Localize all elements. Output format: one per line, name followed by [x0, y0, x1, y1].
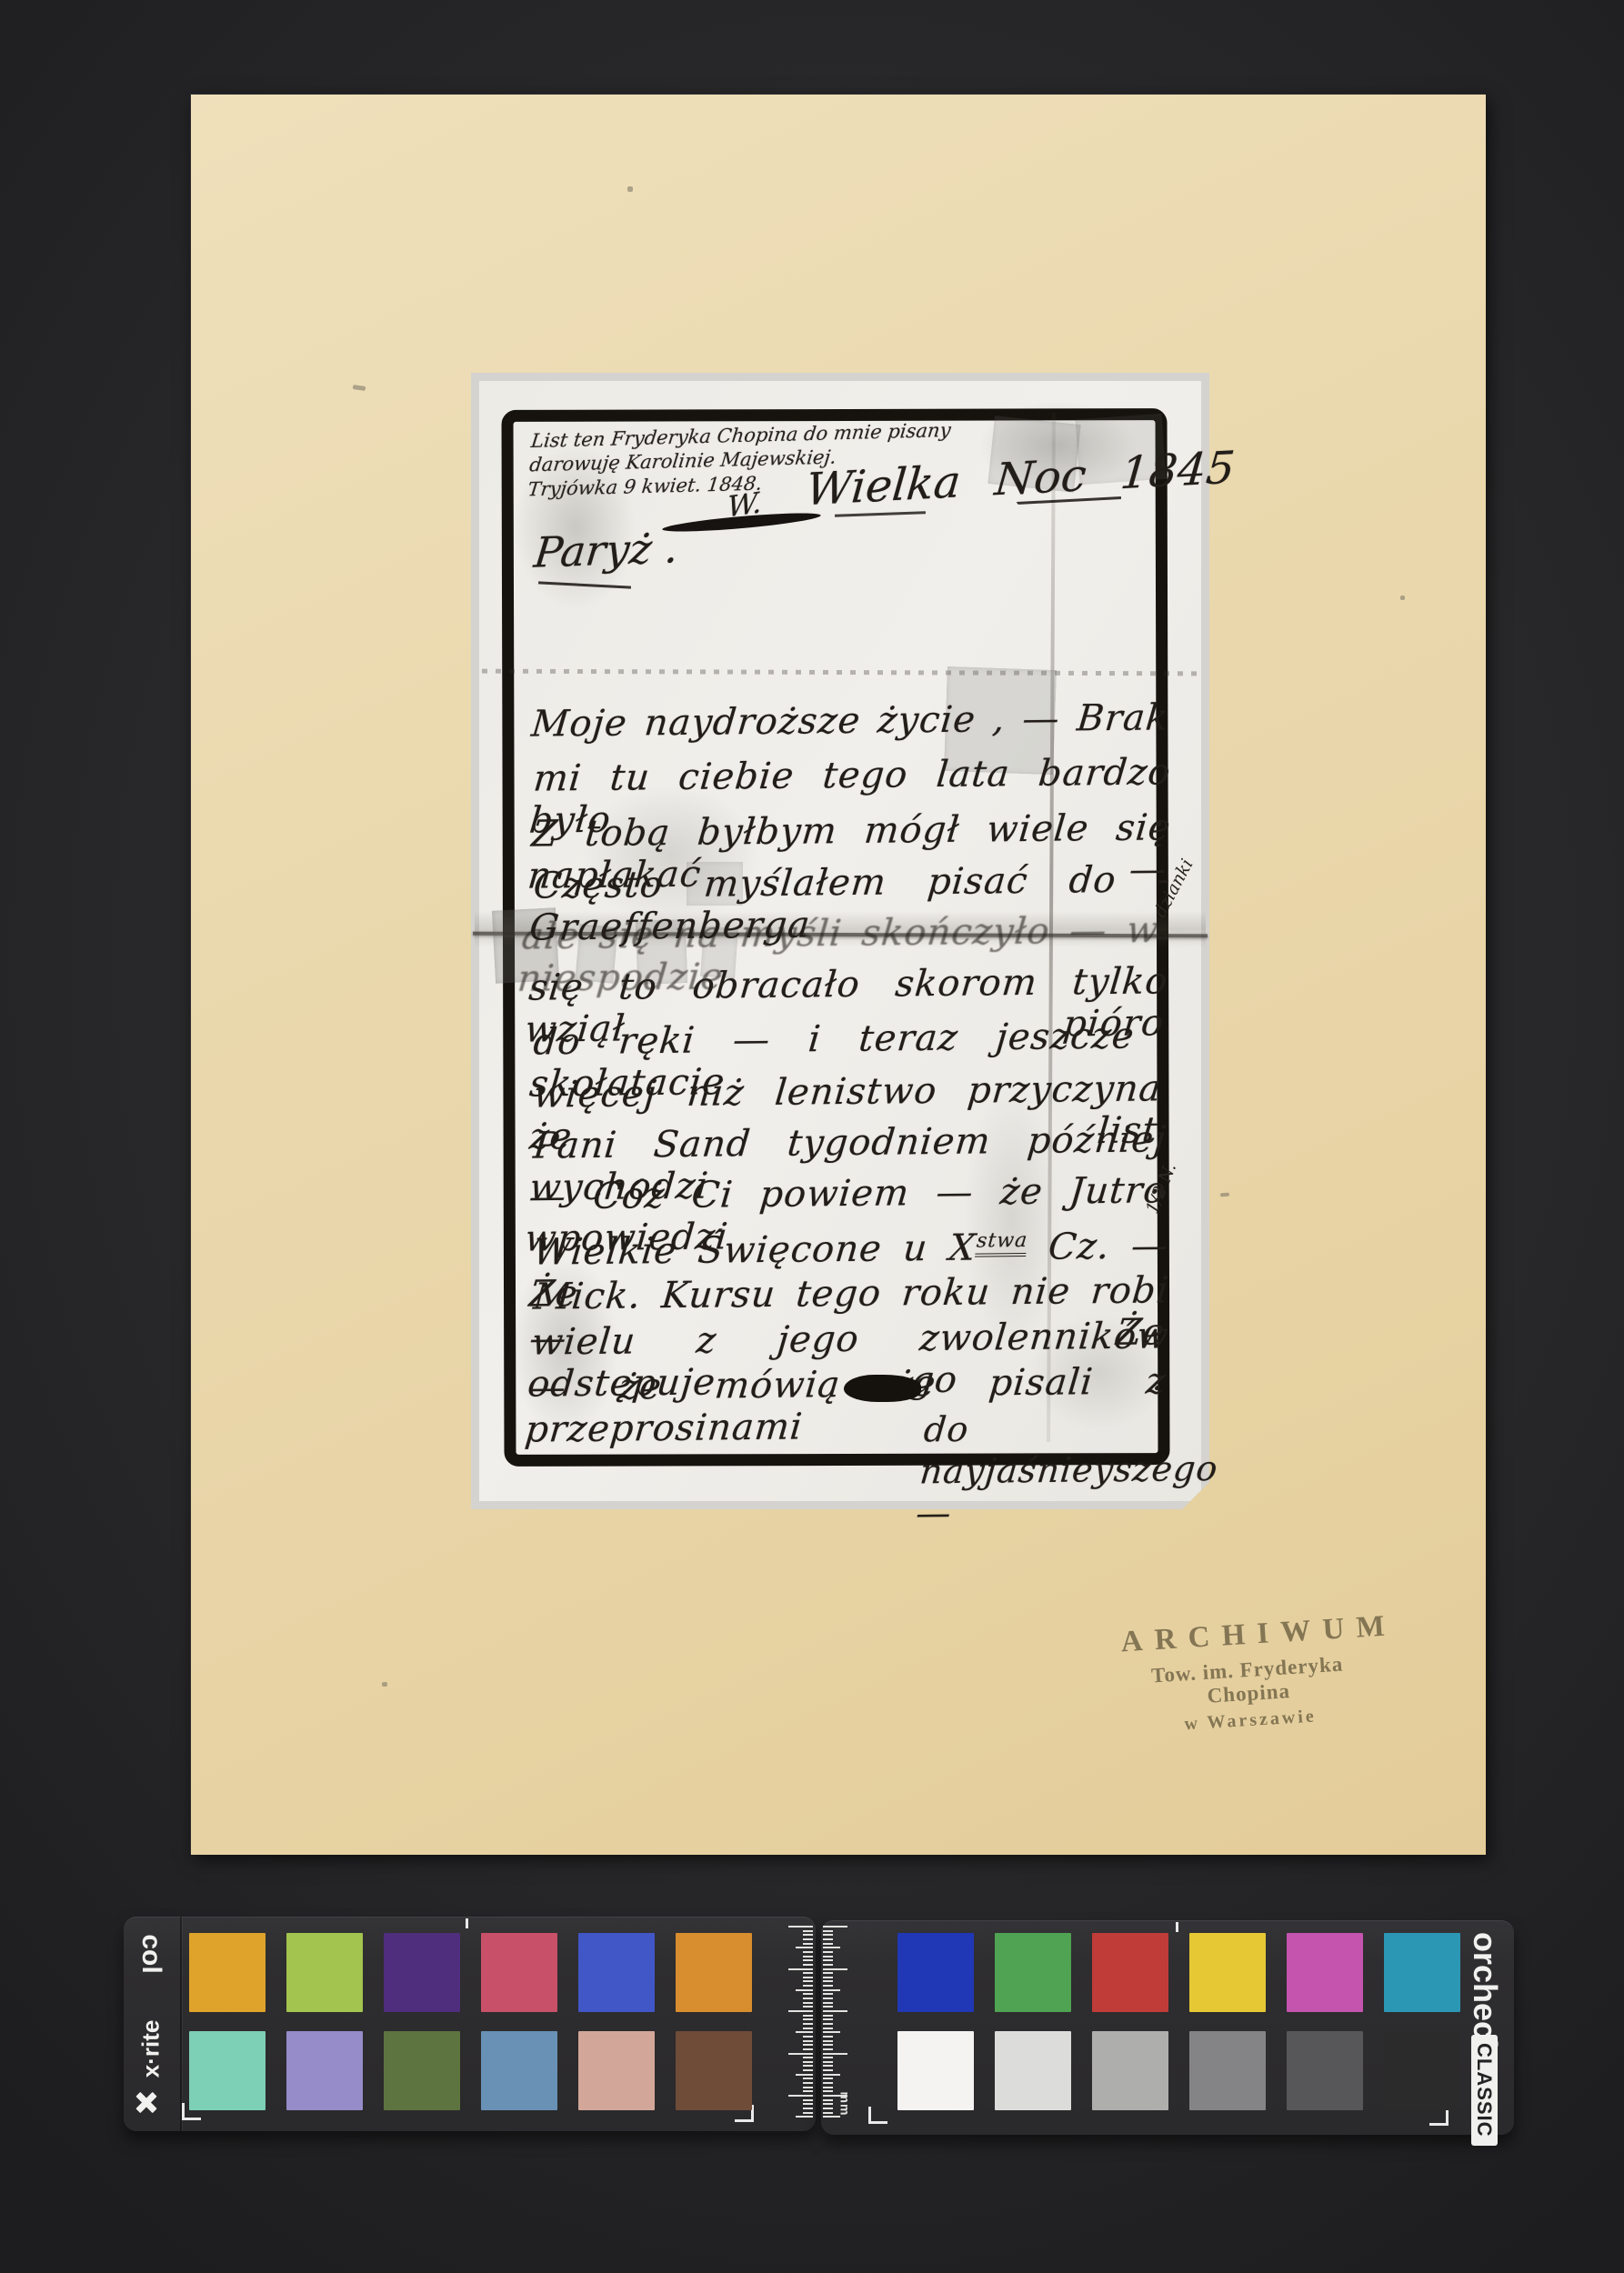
ink-blot: [844, 1375, 921, 1402]
color-patch: [897, 1933, 974, 2012]
ruler-tick: [823, 2048, 833, 2050]
color-patch: [897, 2031, 974, 2110]
ruler-tick: [823, 2087, 833, 2088]
ruler-tick: [803, 2040, 813, 2042]
ruler-tick: [803, 2108, 813, 2109]
ruler-tick: [803, 2023, 813, 2025]
ruler-tick: [796, 2116, 813, 2118]
ruler-tick: [823, 1956, 833, 1958]
color-patch: [995, 2031, 1071, 2110]
ruler-tick: [803, 2057, 813, 2058]
ruler-tick: [803, 1977, 813, 1978]
ruler-tick: [823, 1930, 833, 1932]
ruler-tick: [803, 1993, 813, 1995]
ruler-tick: [803, 2112, 813, 2114]
ruler-tick: [803, 1930, 813, 1932]
ruler-tick: [823, 2116, 840, 2118]
colorchecker-right-patches: [897, 1933, 1460, 2110]
ruler-tick: [796, 1947, 813, 1948]
registration-tick: [466, 1918, 468, 1928]
ruler-tick: [803, 1964, 813, 1966]
ruler-tick: [823, 1964, 833, 1966]
ruler-tick: [823, 1989, 840, 1991]
color-patch: [1092, 1933, 1168, 2012]
ruler-tick: [803, 1985, 813, 1987]
ruler-tick: [823, 2112, 833, 2114]
ruler-tick: [823, 1951, 833, 1953]
ruler-tick: [823, 2061, 833, 2063]
ruler-tick: [788, 1926, 813, 1928]
color-patch: [481, 1933, 557, 2012]
color-patch: [1189, 1933, 1266, 2012]
ruler-tick: [803, 2065, 813, 2067]
registration-corner-mark: [1429, 2108, 1449, 2126]
ruler-tick: [823, 2090, 833, 2092]
ruler-tick: [803, 1972, 813, 1974]
ruler-tick: [803, 1951, 813, 1953]
ruler-tick: [823, 2074, 840, 2076]
ruler-tick: [823, 2023, 833, 2025]
ruler-tick: [803, 2048, 813, 2050]
ruler-tick: [823, 2108, 833, 2109]
color-patch: [286, 1933, 363, 2012]
color-patch: [189, 2031, 266, 2110]
ruler-tick: [803, 2028, 813, 2029]
easter-line-a: Wielkie Święcone u X: [531, 1227, 977, 1274]
mat-speck: [382, 1682, 387, 1687]
ruler-tick: [803, 2061, 813, 2063]
ruler-tick: [823, 1934, 833, 1936]
ruler-tick: [796, 2074, 813, 2076]
ruler-tick: [823, 1980, 833, 1982]
ruler-tick: [823, 2069, 833, 2071]
ruler-tick: [823, 2031, 840, 2033]
ruler-tick: [823, 1926, 847, 1928]
ruler-tick: [803, 1980, 813, 1982]
color-patch: [676, 1933, 752, 2012]
ruler-tick: [823, 1985, 833, 1987]
mat-speck: [627, 186, 633, 192]
color-patch: [1287, 1933, 1363, 2012]
letter-closing-line: do nayjaśnieyszego —: [914, 1407, 1173, 1535]
color-patch: [286, 2031, 363, 2110]
color-patch: [1384, 2031, 1460, 2110]
ruler-tick: [823, 1972, 833, 1974]
color-patch: [1189, 2031, 1266, 2110]
ruler-tick: [823, 2006, 833, 2008]
colorchecker-left-patches: [189, 1933, 752, 2110]
ruler-tick: [823, 1968, 847, 1970]
ruler-tick: [823, 2099, 833, 2101]
colorchecker-flap-fold: [180, 1917, 182, 2131]
colorchecker-logo-left-text: col: [135, 1927, 166, 1981]
color-patch: [1092, 2031, 1168, 2110]
color-patch: [384, 2031, 460, 2110]
ruler-tick: [788, 1968, 813, 1970]
xrite-x-icon: [135, 2091, 157, 2113]
ruler-tick: [803, 2082, 813, 2084]
color-patch: [676, 2031, 752, 2110]
ruler-tick: [823, 2018, 833, 2020]
ruler-tick: [823, 2015, 833, 2017]
ruler-unit-label: mm: [837, 2092, 852, 2117]
archival-photograph-chopin-letter: List ten Fryderyka Chopina do mnie pisan…: [0, 0, 1624, 2273]
ruler-tick: [796, 2031, 813, 2033]
ruler-tick: [823, 2044, 833, 2046]
color-patch: [578, 1933, 655, 2012]
ruler-tick: [788, 2010, 813, 2012]
easter-line-superscript: stwa: [975, 1229, 1028, 1257]
ruler-tick: [788, 2053, 813, 2055]
color-patch: [189, 1933, 266, 2012]
ruler-tick: [823, 2040, 833, 2042]
ruler-tick: [803, 2087, 813, 2088]
ruler-tick: [803, 1956, 813, 1958]
color-patch: [995, 1933, 1071, 2012]
ruler-tick: [803, 2015, 813, 2017]
ruler-tick: [823, 1998, 833, 1999]
ruler-tick: [803, 2044, 813, 2046]
place-line: Paryż .: [532, 523, 681, 576]
ruler-tick: [803, 2078, 813, 2079]
color-patch: [481, 2031, 557, 2110]
colorchecker-classic-badge: CLASSIC: [1471, 2035, 1498, 2146]
ruler-tick: [823, 1959, 833, 1961]
letter-body-line: Moje naydroższe życie , — Brak: [529, 696, 1170, 745]
ruler-tick: [823, 1938, 833, 1940]
mat-speck: [1400, 596, 1405, 600]
mm-ruler-left: [771, 1926, 813, 2122]
ruler-tick: [823, 1993, 833, 1995]
ruler-tick: [823, 2082, 833, 2084]
ruler-tick: [803, 1934, 813, 1936]
ruler-tick: [803, 1959, 813, 1961]
ruler-tick: [823, 2053, 847, 2055]
ruler-tick: [823, 2103, 833, 2105]
ruler-tick: [823, 2010, 847, 2012]
ruler-tick: [803, 2006, 813, 2008]
ruler-tick: [823, 1977, 833, 1978]
ruler-tick: [823, 2057, 833, 2058]
color-patch: [578, 2031, 655, 2110]
ruler-tick: [803, 2036, 813, 2038]
ruler-tick: [803, 1938, 813, 1940]
ruler-tick: [823, 1947, 840, 1948]
ruler-tick: [803, 1943, 813, 1945]
ruler-tick: [803, 2090, 813, 2092]
ruler-tick: [823, 2002, 833, 2004]
ruler-tick: [803, 2103, 813, 2105]
ruler-tick: [803, 1998, 813, 1999]
registration-corner-mark: [868, 2107, 887, 2124]
ruler-tick: [823, 2078, 833, 2079]
mat-speck: [353, 385, 366, 391]
ruler-tick: [796, 1989, 813, 1991]
registration-tick: [1176, 1922, 1178, 1932]
ruler-tick: [803, 2018, 813, 2020]
xrite-brand-text: x·rite: [137, 2017, 165, 2082]
ruler-tick: [803, 2099, 813, 2101]
mat-speck: [1220, 1193, 1229, 1197]
color-patch: [384, 1933, 460, 2012]
ruler-tick: [788, 2095, 813, 2097]
color-patch: [1384, 1933, 1460, 2012]
ruler-tick: [823, 2065, 833, 2067]
archive-stamp: ARCHIWUM Tow. im. Fryderyka Chopina w Wa…: [1108, 1610, 1387, 1739]
ruler-tick: [823, 1943, 833, 1945]
ruler-tick: [803, 2002, 813, 2004]
color-patch: [1287, 2031, 1363, 2110]
ruler-tick: [803, 2069, 813, 2071]
ruler-tick: [823, 2036, 833, 2038]
ruler-tick: [823, 2028, 833, 2029]
